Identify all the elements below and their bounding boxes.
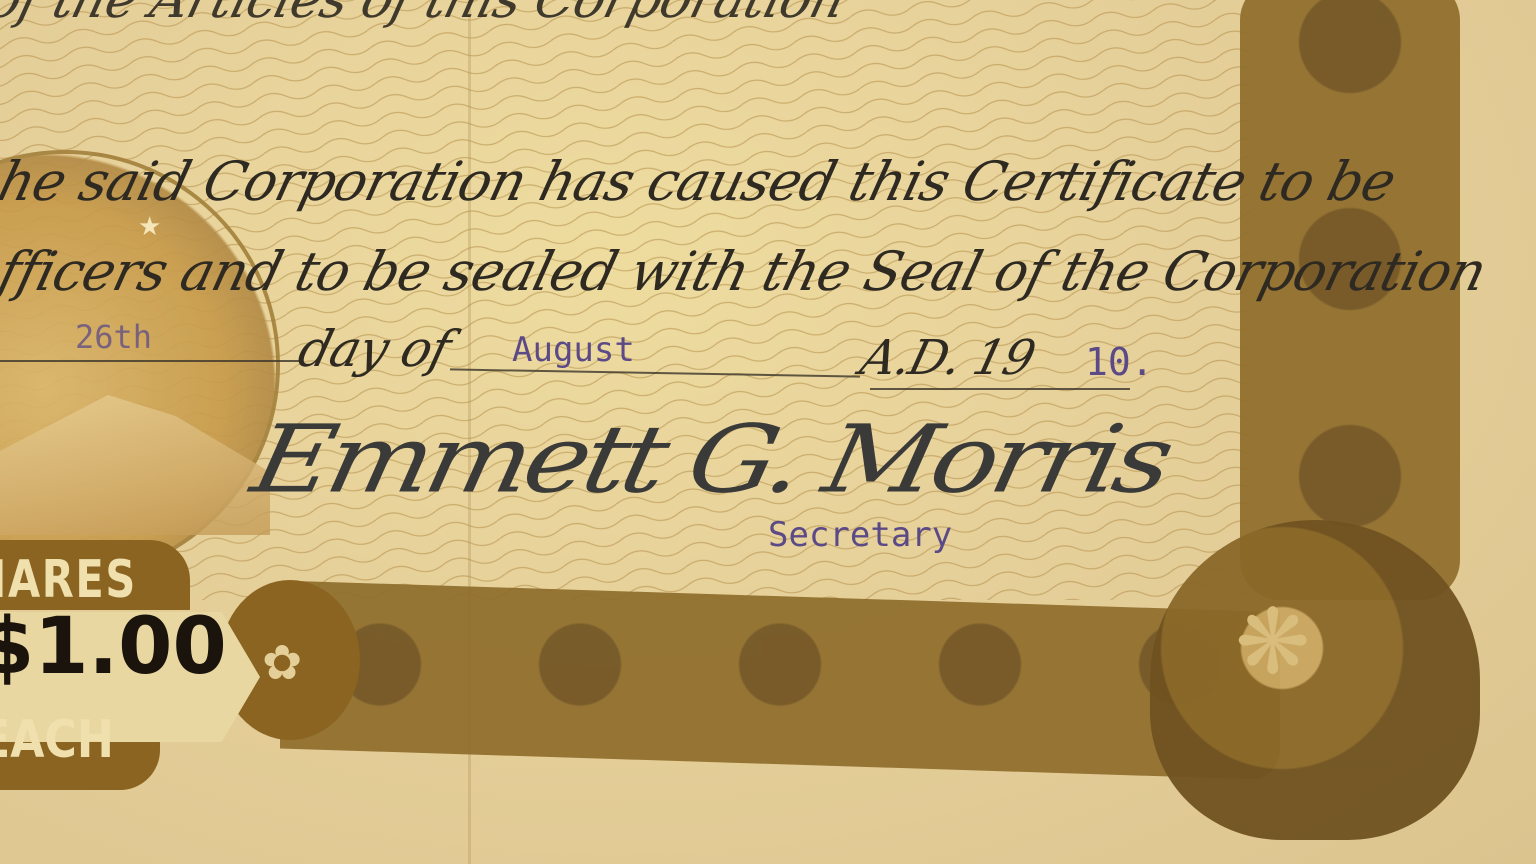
certificate-text-line-1: he said Corporation has caused this Cert… [0,150,1401,213]
partial-top-line: of the Articles of this Corporation [0,0,851,30]
star-icon: ★ [138,212,161,242]
each-label: EACH [0,710,114,770]
secretary-signature: Emmett G. Morris [243,405,1177,514]
certificate-text-line-2: fficers and to be sealed with the Seal o… [0,240,1492,303]
year-suffix-field: 10. [1085,340,1154,384]
share-value: $1.00 [0,602,227,692]
year-rule [870,388,1130,390]
signature-title: Secretary [768,515,952,555]
day-rule [0,360,300,362]
ornamental-corner [1150,520,1480,840]
denomination-cartouche: SHARES $1.00 EACH ✿ [0,540,360,780]
ad-year-label: A.D. 19 [855,330,1040,386]
shares-label: SHARES [0,550,137,610]
day-of-label: day of [293,320,456,378]
corner-rosette-icon: ❋ [1235,590,1310,695]
month-field: August [512,330,635,370]
day-field: 26th [75,318,152,356]
rosette-icon: ✿ [262,635,302,691]
